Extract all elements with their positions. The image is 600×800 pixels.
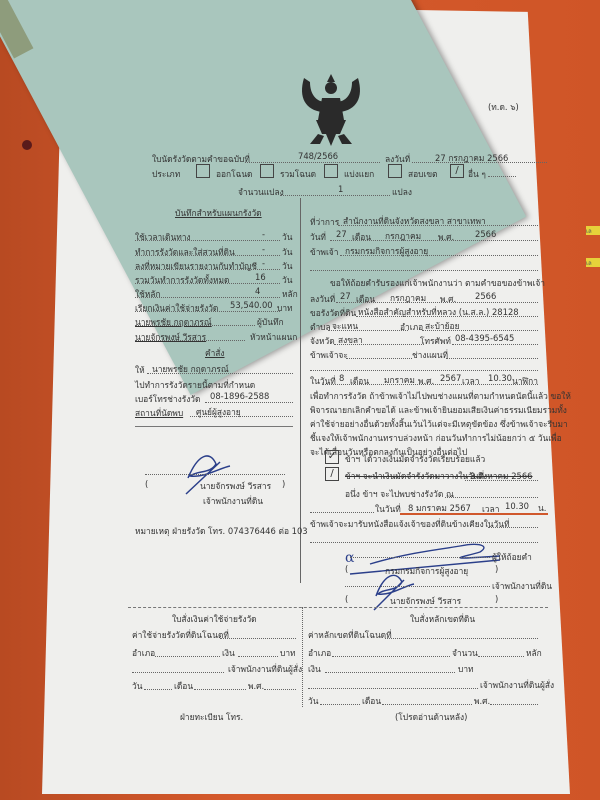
office-label: ที่ว่าการ <box>310 215 339 229</box>
province-value: สงขลา <box>338 333 363 347</box>
left-row-value: - <box>262 229 265 239</box>
month-label: เดือน <box>352 230 371 244</box>
left-title: บันทึกสำหรับแผนกรังวัด <box>175 206 262 220</box>
type-checkbox-deed[interactable] <box>196 164 210 178</box>
date-label: วันที่ <box>310 230 326 244</box>
tel-label: โทรศัพท์ <box>420 334 451 348</box>
expense-district-label: อำเภอ <box>132 646 155 660</box>
punch-hole <box>22 140 32 150</box>
applicant-label: ข้าพเจ้า <box>310 245 338 259</box>
boundary-officer-label: เจ้าพนักงานที่ดินผู้สั่ง <box>480 678 554 692</box>
boundary-day-label: วัน <box>308 694 318 708</box>
req-year-label: พ.ศ. <box>440 292 456 306</box>
paren-open: ( <box>145 479 148 489</box>
deposit-paid-label: ข้าฯ ได้วางเงินมัดจำรังวัดเรียบร้อยแล้ว <box>345 452 485 466</box>
left-row-unit: วัน <box>282 230 292 244</box>
receive-text: ข้าพเจ้าจะมารับหนังสือแจ้งเจ้าของที่ดินข… <box>310 517 509 531</box>
type-label: ประเภท <box>152 167 180 181</box>
expense-baht-label: บาท <box>280 646 296 660</box>
paren-close: ) <box>495 594 498 604</box>
order-to-value: นายพรชัย กฤดาภรณ์ <box>152 362 229 376</box>
left-row-unit: บาท <box>277 301 293 315</box>
paren-close: ) <box>282 479 285 489</box>
type-label-other: อื่น ๆ <box>468 167 486 181</box>
boundary-unit-label: หลัก <box>526 646 542 660</box>
paren-open: ( <box>345 594 348 604</box>
left-row-unit: หลัก <box>282 287 298 301</box>
province-label: จังหวัด <box>310 334 335 348</box>
appt-day: 8 <box>339 373 344 383</box>
boundary-order-title: ใบสั่งหลักเขตที่ดิน <box>410 612 475 626</box>
left-row-value: - <box>262 244 265 254</box>
registry-footer: ฝ่ายทะเบียน โทร. <box>180 710 243 724</box>
req-day: 27 <box>340 291 351 301</box>
head-name: นายจักรพงษ์ วีรสาร <box>135 330 206 344</box>
left-row-label: ลงที่หมายเขียนรายงานกับทำบัญชี <box>135 259 257 273</box>
expense-year-label: พ.ศ. <box>248 679 264 693</box>
meet-date-label: ในวันที่ <box>375 502 401 516</box>
type-label-split: แบ่งแยก <box>344 167 374 181</box>
paren-open: ( <box>345 564 348 574</box>
office-value: สำนักงานที่ดินจังหวัดสงขลา สาขาเทพา <box>343 214 486 228</box>
expense-money-label: เงิน <box>222 646 235 660</box>
left-row-value: 16 <box>255 272 266 282</box>
meet-place-value: ศูนย์ผู้สูงอายุ <box>196 405 241 419</box>
red-highlight-underline <box>400 513 548 515</box>
applicant-value: กรมกรมกิจการผู้สูงอายุ <box>345 244 428 258</box>
appt-year: 2567 <box>440 373 461 383</box>
req-month: กรกฎาคม <box>390 291 426 305</box>
meet-time: 10.30 <box>505 501 529 511</box>
date-year: 2566 <box>475 229 496 239</box>
appointment-number: 748/2566 <box>298 151 338 161</box>
head-role: หัวหน้าแผนก <box>250 330 297 344</box>
terms-paragraph-line: ค่าใช้จ่ายอย่างอื่นด้วยทั้งสิ้นเว้นไว้แต… <box>310 417 568 431</box>
appt-month-label: เดือน <box>350 374 369 388</box>
deposit-later-label: ข้าฯ จะนำเงินมัดจำรังวัดมาวางในวันที่ <box>345 469 484 483</box>
order-to-label: ให้ <box>135 363 145 377</box>
order-text: ไปทำการรังวัดรายนี้ตามที่กำหนด <box>135 378 255 392</box>
left-row-label: ใช้หลัก <box>135 287 161 301</box>
plots-value: 1 <box>338 184 343 194</box>
expense-day-label: วัน <box>132 679 142 693</box>
left-row-label: รวมวันทำการรังวัดทั้งหมด <box>135 273 229 287</box>
appt-year-label: พ.ศ. <box>418 374 434 388</box>
appt-time-label: เวลา <box>462 374 479 388</box>
date-month: กรกฎาคม <box>385 229 421 243</box>
left-row-unit: วัน <box>282 259 292 273</box>
appt-time: 10.30 <box>488 373 512 383</box>
boundary-money-label: เงิน <box>308 662 321 676</box>
district-label: อำเภอ <box>400 320 423 334</box>
surveyor-label: ช่างแผนที่ <box>412 348 448 362</box>
req-date-label: ลงวันที่ <box>310 292 335 306</box>
left-row-unit: วัน <box>282 273 292 287</box>
recorder-name: นายพรชัย กฤดาภรณ์ <box>135 315 212 329</box>
dashed-separator <box>128 607 548 608</box>
type-label-boundary: สอบเขต <box>408 167 437 181</box>
officer-role-left: เจ้าพนักงานที่ดิน <box>203 494 263 508</box>
year-label: พ.ศ. <box>438 230 454 244</box>
meet-place-label: สถานที่นัดพบ <box>135 406 183 420</box>
recorder-role: ผู้บันทึก <box>257 315 284 329</box>
subdistrict-label: ตำบล <box>310 320 331 334</box>
type-label-merge: รวมโฉนด <box>280 167 316 181</box>
meet-surveyor-text: อนึ่ง ข้าฯ จะไปพบช่างรังวัด ณ <box>345 487 454 501</box>
boundary-baht-label: บาท <box>458 662 474 676</box>
terms-paragraph-line: เพื่อทำการรังวัด ถ้าข้าพเจ้าไม่ไปพบช่างแ… <box>310 389 571 403</box>
type-label-deed: ออกโฉนด <box>216 167 253 181</box>
type-checkbox-split[interactable] <box>324 164 338 178</box>
deposit-later-checkbox[interactable]: / <box>325 467 339 481</box>
land-label: ขอรังวัดที่ดิน <box>310 306 356 320</box>
phone-value: 08-1896-2588 <box>210 391 269 401</box>
deposit-paid-checkbox[interactable]: ✓ <box>325 450 339 464</box>
subdistrict-value: จะแหน <box>332 319 358 333</box>
expense-order-title: ใบสั่งเงินค่าใช้จ่ายรังวัด <box>172 612 257 626</box>
left-row-unit: วัน <box>282 245 292 259</box>
plots-unit: แปลง <box>392 185 412 199</box>
date-day: 27 <box>336 229 347 239</box>
officer-name-left: นายจักรพงษ์ วีรสาร <box>200 479 271 493</box>
will-label: ข้าพเจ้าจะ <box>310 348 348 362</box>
appt-time-unit: นาฬิกา <box>512 374 538 388</box>
read-back-footer: (โปรดอ่านด้านหลัง) <box>395 710 467 724</box>
dated-value: 27 กรกฎาคม 2566 <box>435 151 508 165</box>
type-checkbox-other[interactable]: / <box>450 164 464 178</box>
left-row-value: 4 <box>255 286 260 296</box>
terms-paragraph-line: พิจารณายกเลิกคำขอได้ และข้าพเจ้ายินยอมเส… <box>310 403 567 417</box>
side-tab: เล <box>586 226 600 235</box>
land-value: หนังสือสำคัญสำหรับที่หลวง (น.ส.ล.) 28128 <box>358 305 519 319</box>
appt-label: ในวันที่ <box>310 374 336 388</box>
terms-paragraph-line: ชี้แจงให้เจ้าพนักงานทราบล่วงหน้า ก่อนวัน… <box>310 431 562 445</box>
phone-label: เบอร์โทรช่างรังวัด <box>135 392 200 406</box>
tel-value: 08-4395-6545 <box>455 333 514 343</box>
boundary-count-label: จำนวน <box>452 646 478 660</box>
district-value: สะบ้าย้อย <box>425 319 459 333</box>
type-checkbox-boundary[interactable] <box>388 164 402 178</box>
req-year: 2566 <box>475 291 496 301</box>
type-checkbox-merge[interactable] <box>260 164 274 178</box>
boundary-deed-label: ค่าหลักเขตที่ดินโฉนดที่ <box>308 628 392 642</box>
expense-deed-label: ค่าใช้จ่ายรังวัดที่ดินโฉนดที่ <box>132 628 229 642</box>
boundary-year-label: พ.ศ. <box>474 694 490 708</box>
left-row-label: ใช้เวลาเดินทาง <box>135 230 191 244</box>
form-code: (ท.ด. ๖) <box>488 100 519 114</box>
giver-role: ผู้ให้ถ้อยคำ <box>492 550 532 564</box>
paren-close: ) <box>495 564 498 574</box>
left-row-value: - <box>262 258 265 268</box>
boundary-district-label: อำเภอ <box>308 646 331 660</box>
officer-name-right: นายจักรพงษ์ วีรสาร <box>390 594 461 608</box>
certification-text: ขอให้ถ้อยคำรับรองแก่เจ้าพนักงานว่า ตามคำ… <box>330 276 545 290</box>
plots-label: จำนวนแปลง <box>238 185 284 199</box>
officer-role-right: เจ้าพนักงานที่ดิน <box>492 579 552 593</box>
left-row-label: เรียกเงินค่าใช้จ่ายรังวัด <box>135 301 218 315</box>
left-row-label: ทำการรังวัดและใส่สวนที่ดิน <box>135 245 235 259</box>
boundary-month-label: เดือน <box>362 694 381 708</box>
expense-month-label: เดือน <box>174 679 193 693</box>
left-note: หมายเหตุ ฝ่ายรังวัด โทร. 074376446 ต่อ 1… <box>135 524 308 538</box>
dotted-divider <box>302 607 303 707</box>
garuda-emblem-icon <box>296 68 366 148</box>
expense-officer-label: เจ้าพนักงานที่ดินผู้สั่ง <box>228 662 302 676</box>
side-tab: เล <box>586 258 600 267</box>
left-row-value: 53,540.00 <box>230 300 273 310</box>
order-title: คำสั่ง <box>205 346 225 360</box>
req-month-label: เดือน <box>356 292 375 306</box>
